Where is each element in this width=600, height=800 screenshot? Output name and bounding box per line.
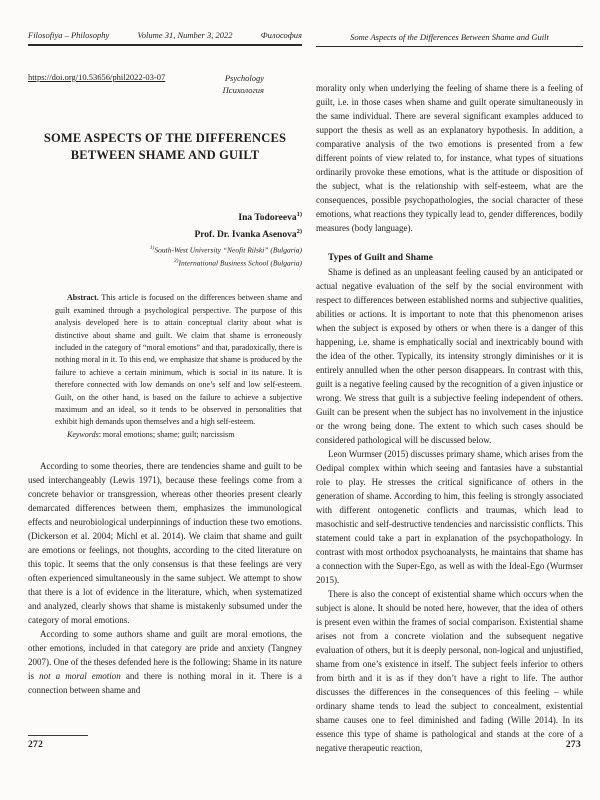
footnote-rule	[28, 735, 88, 736]
right-paragraph-4: There is also the concept of existential…	[316, 587, 583, 755]
article-title-line2: BETWEEN SHAME AND GUILT	[28, 147, 302, 164]
right-paragraph-2: Shame is defined as an unpleasant feelin…	[316, 265, 583, 447]
author-2: Prof. Dr. Ivanka Asenova2)	[28, 225, 302, 242]
page-right: Some Aspects of the Differences Between …	[316, 0, 583, 800]
running-head-left: Filosofiya – Philosophy Volume 31, Numbe…	[28, 30, 302, 46]
body-paragraph-1: According to some theories, there are te…	[28, 459, 302, 627]
body-paragraph-2-emphasis: not a moral emotion	[39, 671, 121, 681]
article-title-line1: SOME ASPECTS OF THE DIFFERENCES	[28, 130, 302, 147]
volume-info: Volume 31, Number 3, 2022	[138, 30, 233, 40]
running-head-right: Some Aspects of the Differences Between …	[316, 32, 583, 47]
affiliation-2-text: International Business School (Bulgaria)	[178, 258, 302, 267]
right-paragraph-3: Leon Wurmser (2015) discusses primary sh…	[316, 447, 583, 587]
affiliation-1: 1)South-West University “Neofit Rilski” …	[28, 243, 302, 256]
keywords-label: Keywords	[67, 430, 99, 439]
body-paragraph-2: According to some authors shame and guil…	[28, 627, 302, 697]
affiliation-2: 2)International Business School (Bulgari…	[28, 256, 302, 269]
author-2-affil-marker: 2)	[297, 228, 302, 235]
keywords-line: Keywords: moral emotions; shame; guilt; …	[55, 429, 302, 441]
right-paragraph-1: morality only when underlying the feelin…	[316, 81, 583, 235]
abstract-text: This article is focused on the differenc…	[55, 293, 302, 426]
author-2-name: Prof. Dr. Ivanka Asenova	[194, 230, 296, 240]
journal-name: Filosofiya – Philosophy	[28, 30, 109, 40]
section-label: Psychology Психология	[223, 72, 264, 96]
article-title: SOME ASPECTS OF THE DIFFERENCES BETWEEN …	[28, 130, 302, 164]
page-number-right: 273	[566, 740, 581, 750]
doi-link[interactable]: https://doi.org/10.53656/phil2022-03-07	[28, 72, 165, 96]
affiliations-block: 1)South-West University “Neofit Rilski” …	[28, 243, 302, 268]
abstract-paragraph: Abstract. This article is focused on the…	[55, 292, 302, 428]
abstract-label: Abstract.	[67, 293, 99, 302]
section-label-en: Psychology	[223, 72, 264, 84]
section-heading: Types of Guilt and Shame	[316, 251, 583, 265]
section-label-bg: Психология	[223, 84, 264, 96]
journal-spread: Filosofiya – Philosophy Volume 31, Numbe…	[0, 0, 600, 800]
author-1-affil-marker: 1)	[297, 211, 302, 218]
doi-row: https://doi.org/10.53656/phil2022-03-07 …	[28, 72, 302, 96]
authors-block: Ina Todoreeva1) Prof. Dr. Ivanka Asenova…	[28, 208, 302, 242]
journal-name-bg: Философия	[261, 30, 302, 40]
page-number-left: 272	[28, 740, 43, 750]
page-left: Filosofiya – Philosophy Volume 31, Numbe…	[28, 0, 302, 800]
author-1-name: Ina Todoreeva	[238, 213, 296, 223]
keywords-text: : moral emotions; shame; guilt; narcissi…	[99, 430, 235, 439]
abstract-block: Abstract. This article is focused on the…	[55, 292, 302, 441]
author-1: Ina Todoreeva1)	[28, 208, 302, 225]
affiliation-1-text: South-West University “Neofit Rilski” (B…	[154, 246, 302, 255]
